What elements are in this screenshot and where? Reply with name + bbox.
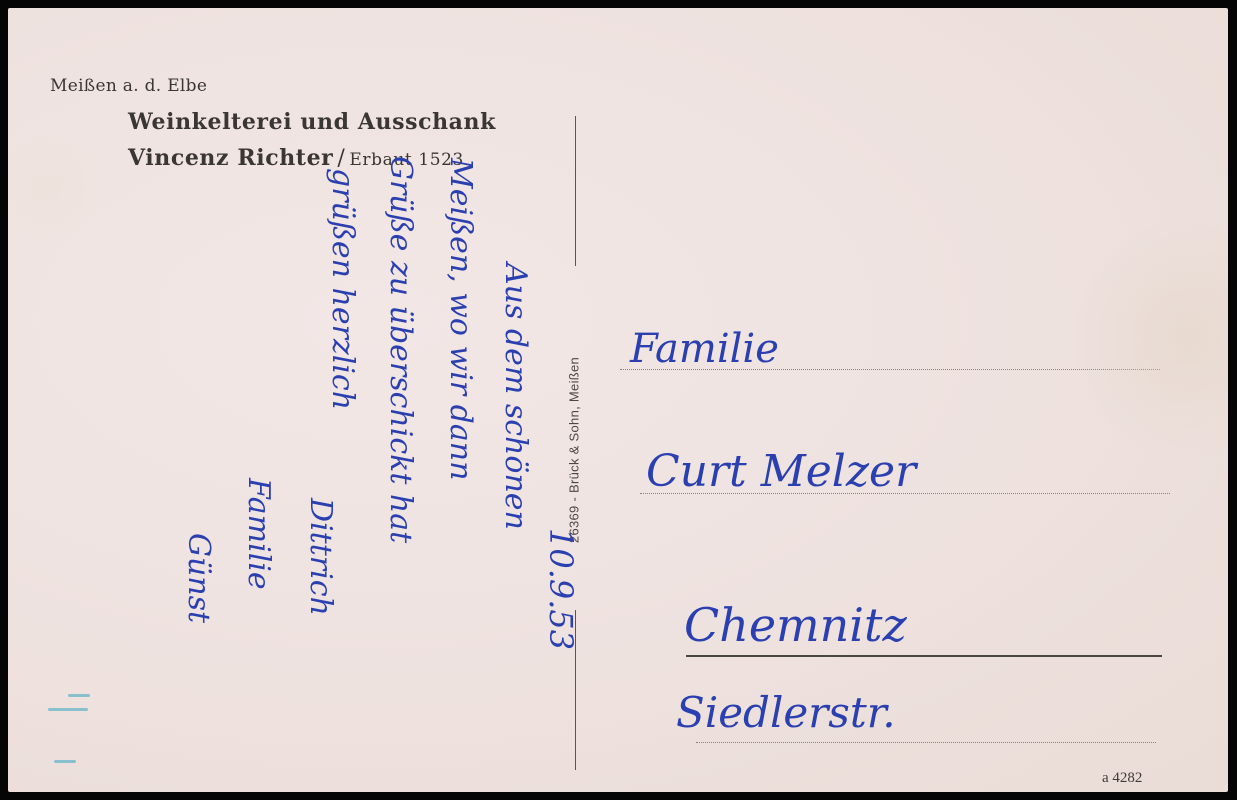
address-name: Curt Melzer — [646, 446, 916, 497]
ink-smudge — [54, 760, 76, 763]
card-code: a 4282 — [1102, 770, 1142, 787]
printed-owner-name: Vincenz Richter — [128, 145, 333, 171]
divider-line-top — [575, 116, 576, 266]
address-street: Siedlerstr. — [676, 688, 896, 737]
message-closing-1: Dittrich — [303, 498, 338, 616]
message-line-3: Grüße zu überschickt hat — [383, 156, 418, 543]
message-date: 10.9.53 — [542, 528, 580, 650]
ink-smudge — [48, 708, 88, 711]
message-closing-2: Familie — [241, 478, 276, 590]
address-family: Familie — [630, 326, 779, 372]
message-closing-3: Günst — [181, 533, 216, 623]
postcard: Meißen a. d. Elbe Weinkelterei und Aussc… — [8, 8, 1228, 792]
printed-title: Weinkelterei und Ausschank — [128, 109, 496, 135]
printer-imprint: 26369 - Brück & Sohn, Meißen — [567, 357, 582, 543]
address-line-4 — [696, 742, 1156, 743]
printed-place: Meißen a. d. Elbe — [50, 76, 207, 96]
message-line-4: grüßen herzlich — [325, 168, 360, 410]
message-line-2: Meißen, wo wir dann — [443, 158, 478, 480]
address-line-3 — [686, 655, 1162, 657]
address-city: Chemnitz — [684, 598, 907, 652]
ink-smudge — [68, 694, 90, 697]
message-line-1: Aus dem schönen — [498, 263, 533, 530]
